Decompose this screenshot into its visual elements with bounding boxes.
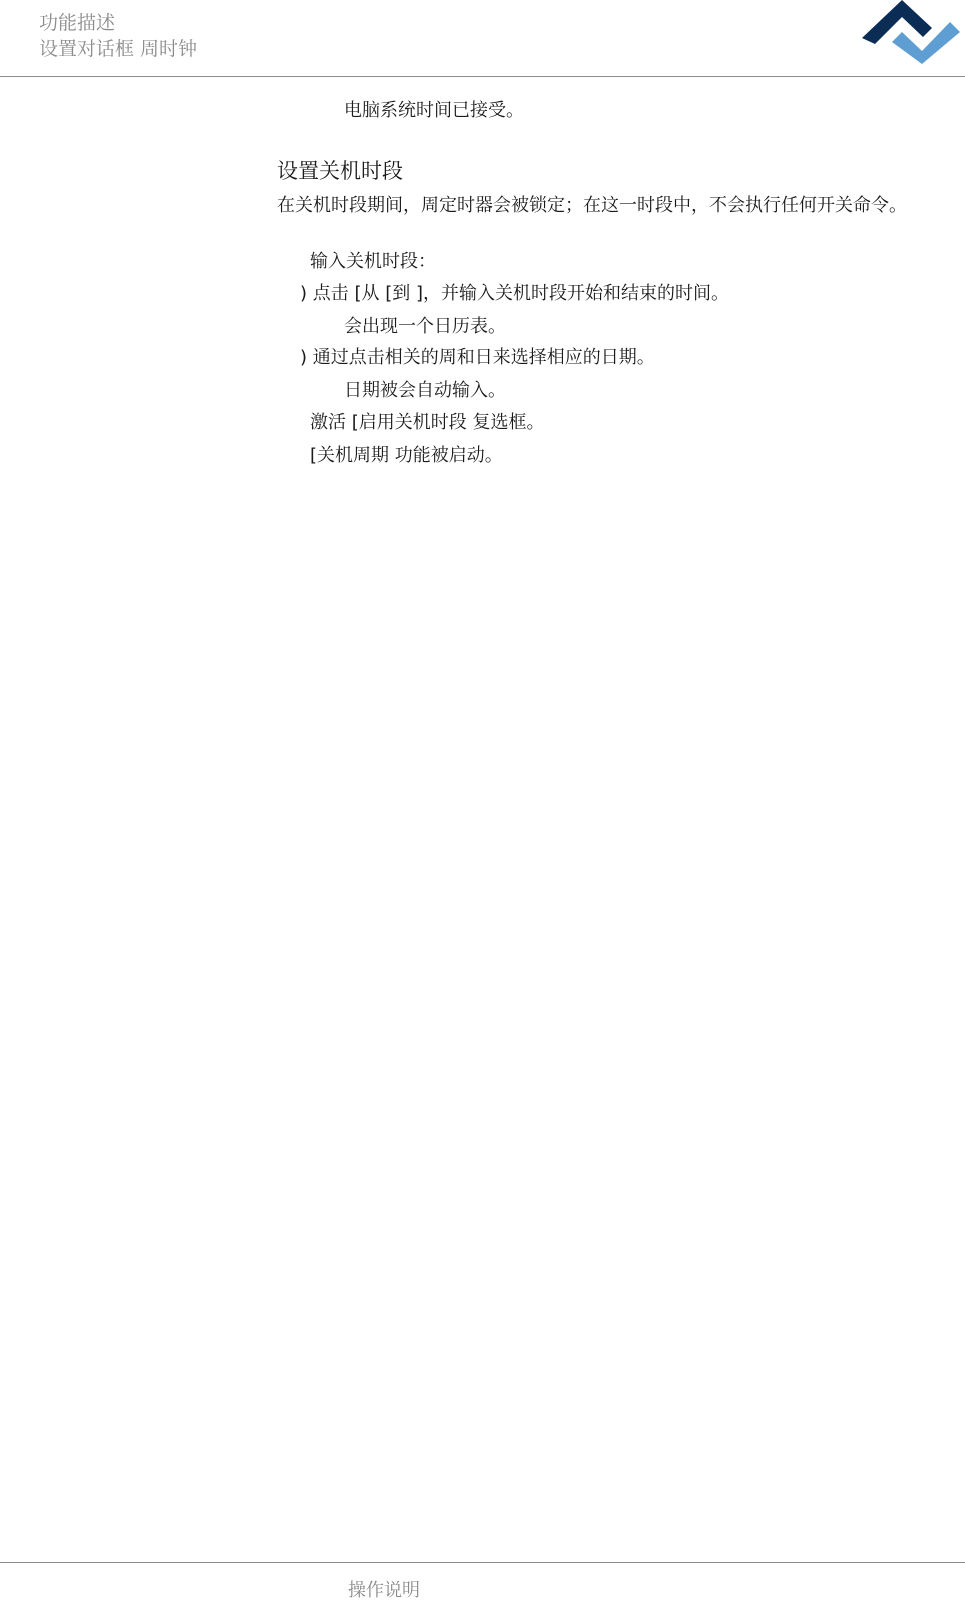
section-heading: 设置关机时段 <box>277 158 403 184</box>
step-result: [关机周期 功能被启动。 <box>310 445 503 467</box>
footer-label: 操作说明 <box>348 1580 420 1602</box>
step-result: 日期被会自动输入。 <box>344 380 506 402</box>
step-instruction: 激活 [启用关机时段 复选框。 <box>310 412 544 434</box>
step-substep: ) 点击 [从 [到 ]，并输入关机时段开始和结束的时间。 <box>300 283 729 305</box>
company-logo-icon <box>862 0 962 64</box>
section-title: 设置对话框 周时钟 <box>39 36 197 62</box>
intro-paragraph: 在关机时段期间，周定时器会被锁定；在这一时段中，不会执行任何开关命令。 <box>277 195 937 216</box>
result-text: 电脑系统时间已接受。 <box>344 100 524 122</box>
page-header: 功能描述 设置对话框 周时钟 <box>39 10 197 62</box>
chapter-title: 功能描述 <box>39 10 197 36</box>
step-substep: ) 通过点击相关的周和日来选择相应的日期。 <box>300 347 655 369</box>
step-instruction: 输入关机时段： <box>310 251 436 273</box>
footer-divider <box>0 1562 965 1563</box>
header-divider <box>0 76 965 77</box>
step-result: 会出现一个日历表。 <box>344 316 506 338</box>
